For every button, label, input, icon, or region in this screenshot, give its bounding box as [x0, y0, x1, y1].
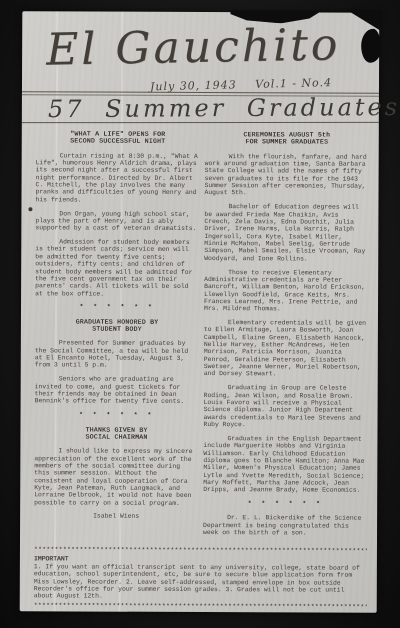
headline: 57 Summer Graduates	[48, 93, 400, 123]
right-column: CEREMONIES AUGUST 5th FOR SUMMER GRADUAT…	[203, 131, 369, 544]
paragraph: Graduating in Group are Celeste Roding, …	[203, 384, 367, 429]
newsletter-page: El Gauchito July 30, 1943 Vol.1 - No.4 5…	[20, 11, 380, 613]
masthead-dateline: July 30, 1943 Vol.1 - No.4	[150, 76, 332, 93]
signature: Isabel Wiens	[34, 513, 198, 521]
photo-background: El Gauchito July 30, 1943 Vol.1 - No.4 5…	[0, 0, 400, 628]
paragraph: Those to receive Elementary Administrati…	[204, 269, 368, 314]
paragraph: I should like to express my sincere appr…	[34, 447, 198, 506]
paragraph: Bachelor of Education degrees will be aw…	[204, 203, 368, 262]
asterisk-rule: ****************************************…	[34, 602, 367, 611]
article-heading-ceremonies: CEREMONIES AUGUST 5th FOR SUMMER GRADUAT…	[205, 131, 369, 146]
article-heading-thanks-given: THANKS GIVEN BY SOCIAL CHAIRMAN	[34, 426, 198, 441]
footer-notice: ****************************************…	[34, 546, 367, 611]
article-heading-graduates-honored: GRADUATES HONORED BY STUDENT BODY	[35, 318, 199, 333]
paragraph: Seniors who are graduating are invited t…	[35, 376, 199, 406]
star-separator: * * * * * *	[35, 411, 199, 419]
paragraph: With the flourish, fanfare, and hard wor…	[205, 153, 369, 198]
body-columns: "WHAT A LIFE" OPENS FOR SECOND SUCCESSFU…	[34, 130, 369, 543]
article-heading-what-a-life: "WHAT A LIFE" OPENS FOR SECOND SUCCESSFU…	[36, 130, 200, 145]
paragraph: Presented for Summer graduates by the So…	[35, 340, 199, 370]
important-text: 1. If you want an official transcript se…	[34, 563, 367, 601]
news-note: Dr. E. L. Bickerdike of the Science Depa…	[203, 514, 367, 537]
star-separator: * * * * * *	[203, 500, 367, 508]
asterisk-rule: ****************************************…	[34, 546, 367, 555]
headline-rule	[22, 122, 379, 123]
masthead-title: El Gauchito	[46, 19, 341, 75]
paragraph: Curtain rising at 8:30 p.m., "What A Lif…	[35, 152, 199, 204]
paragraph: Elementary credentials will be given to …	[204, 319, 368, 378]
volume-number: Vol.1 - No.4	[255, 76, 332, 91]
ink-blot	[361, 29, 381, 63]
margin-speck	[28, 207, 32, 211]
paragraph: Don Organ, young high school star, plays…	[35, 210, 199, 233]
paragraph: Graduates in the English Department incl…	[203, 435, 367, 494]
torn-corner	[346, 10, 382, 32]
star-separator: * * * * * *	[35, 304, 199, 312]
left-column: "WHAT A LIFE" OPENS FOR SECOND SUCCESSFU…	[34, 130, 200, 543]
paragraph: Admission for student body members is th…	[35, 238, 199, 297]
